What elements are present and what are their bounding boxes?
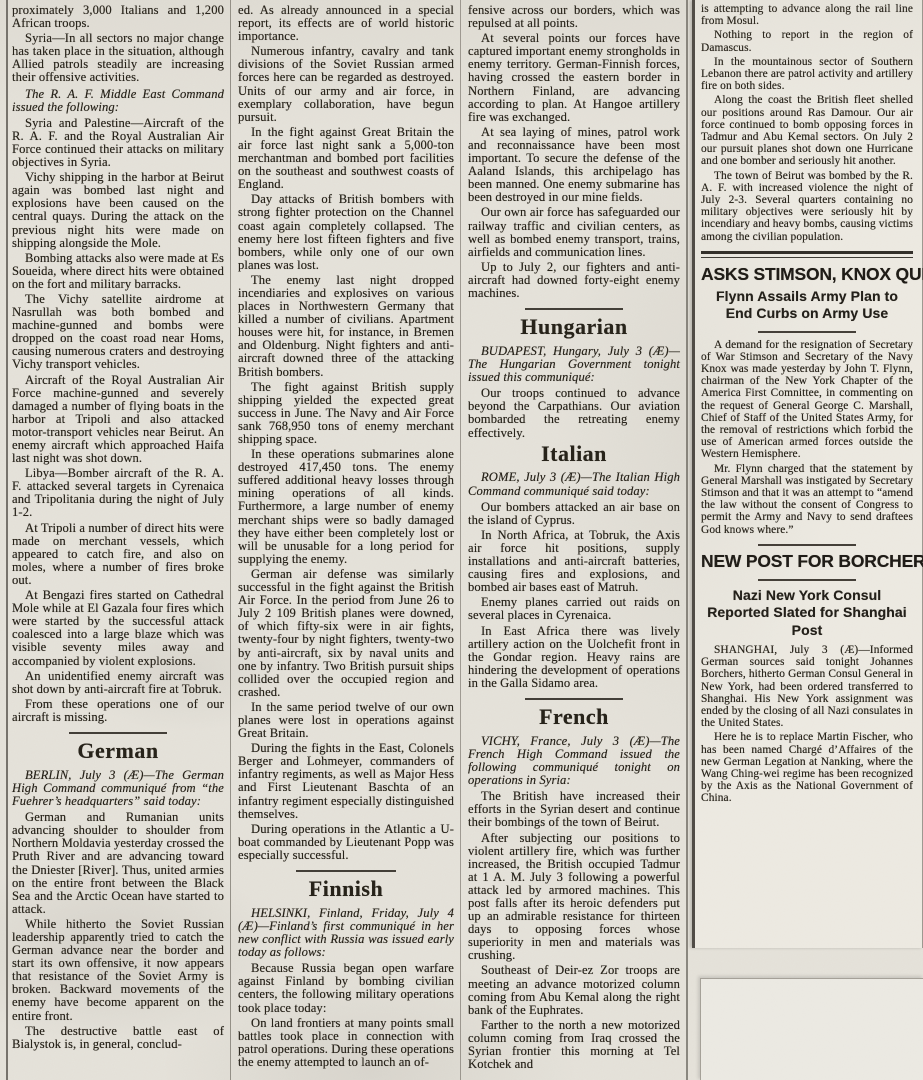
article-paragraph: Mr. Flynn charged that the statement by …: [701, 463, 913, 536]
separator-rule: [296, 870, 395, 872]
article-paragraph: fensive across our borders, which was re…: [468, 4, 680, 30]
article-paragraph: Nothing to report in the region of Damas…: [701, 29, 913, 53]
article-headline: ASKS STIMSON, KNOX QUIT: [701, 265, 913, 284]
article-paragraph: At Bengazi fires started on Cathedral Mo…: [12, 589, 224, 668]
newspaper-page: proximately 3,000 Italians and 1,200 Afr…: [0, 0, 923, 1080]
article-paragraph: In East Africa there was lively artiller…: [468, 625, 680, 690]
article-paragraph: German air defense was similarly success…: [238, 568, 454, 699]
article-paragraph: The Vichy satellite airdrome at Nasrulla…: [12, 293, 224, 372]
article-paragraph: Along the coast the British fleet shelle…: [701, 94, 913, 167]
article-paragraph: Libya—Bomber aircraft of the R. A. F. at…: [12, 467, 224, 519]
article-paragraph: During the fights in the East, Colonels …: [238, 742, 454, 821]
article-paragraph: During operations in the Atlantic a U-bo…: [238, 823, 454, 862]
section-header: Finnish: [238, 878, 454, 901]
article-paragraph: Aircraft of the Royal Australian Air For…: [12, 374, 224, 466]
article-subhead: Nazi New York Consul Reported Slated for…: [705, 587, 909, 640]
news-column-3: fensive across our borders, which was re…: [468, 4, 680, 1073]
article-paragraph: At Tripoli a number of direct hits were …: [12, 522, 224, 587]
article-paragraph: While hitherto the Soviet Russian leader…: [12, 918, 224, 1023]
article-paragraph: Vichy shipping in the harbor at Beirut a…: [12, 171, 224, 250]
article-paragraph: An unidentified enemy aircraft was shot …: [12, 670, 224, 696]
article-subhead: Flynn Assails Army Plan to End Curbs on …: [705, 288, 909, 323]
double-rule: [701, 251, 913, 258]
article-paragraph: Enemy planes carried out raids on severa…: [468, 596, 680, 622]
dateline-paragraph: ROME, July 3 (Æ)—The Italian High Comman…: [468, 471, 680, 497]
news-column-2: ed. As already announced in a special re…: [238, 4, 454, 1071]
article-paragraph: Numerous infantry, cavalry and tank divi…: [238, 45, 454, 124]
article-paragraph: In the same period twelve of our own pla…: [238, 701, 454, 740]
article-paragraph: Because Russia began open warfare agains…: [238, 962, 454, 1014]
dateline-paragraph: VICHY, France, July 3 (Æ)—The French Hig…: [468, 735, 680, 787]
article-headline: NEW POST FOR BORCHERS: [701, 552, 913, 571]
article-paragraph: At sea laying of mines, patrol work and …: [468, 126, 680, 205]
column-separator: [230, 0, 231, 1080]
article-paragraph: Our bombers attacked an air base on the …: [468, 501, 680, 527]
article-paragraph: Bombing attacks also were made at Es Sou…: [12, 252, 224, 291]
article-paragraph: In these operations submarines alone des…: [238, 448, 454, 566]
scan-edge-line: [6, 0, 8, 1080]
article-paragraph: Syria—In all sectors no major change has…: [12, 32, 224, 84]
section-header: Italian: [468, 443, 680, 466]
article-paragraph: Up to July 2, our fighters and anti-airc…: [468, 261, 680, 300]
article-paragraph: On land frontiers at many points small b…: [238, 1017, 454, 1069]
article-paragraph: After subjecting our positions to violen…: [468, 832, 680, 963]
article-paragraph: proximately 3,000 Italians and 1,200 Afr…: [12, 4, 224, 30]
article-paragraph: Syria and Palestine—Aircraft of the R. A…: [12, 117, 224, 169]
article-paragraph: Farther to the north a new motorized col…: [468, 1019, 680, 1071]
separator-rule: [758, 579, 856, 581]
article-paragraph: Southeast of Deir-ez Zor troops are meet…: [468, 964, 680, 1016]
article-paragraph: Here he is to replace Martin Fischer, wh…: [701, 731, 913, 804]
dateline-paragraph: The R. A. F. Middle East Command issued …: [12, 88, 224, 114]
article-paragraph: In the fight against Great Britain the a…: [238, 126, 454, 191]
article-paragraph: The fight against British supply shippin…: [238, 381, 454, 446]
article-paragraph: Day attacks of British bombers with stro…: [238, 193, 454, 272]
article-paragraph: is attempting to advance along the rail …: [701, 3, 913, 27]
dateline-paragraph: BERLIN, July 3 (Æ)—The German High Comma…: [12, 769, 224, 808]
article-paragraph: From these operations one of our aircraf…: [12, 698, 224, 724]
blank-clipping: [700, 978, 923, 1080]
article-paragraph: In North Africa, at Tobruk, the Axis air…: [468, 529, 680, 594]
article-paragraph: Our own air force has safeguarded our ra…: [468, 206, 680, 258]
news-column-1: proximately 3,000 Italians and 1,200 Afr…: [12, 4, 224, 1053]
dateline-paragraph: BUDAPEST, Hungary, July 3 (Æ)—The Hungar…: [468, 345, 680, 384]
article-paragraph: German and Rumanian units advancing shou…: [12, 811, 224, 916]
article-paragraph: The town of Beirut was bombed by the R. …: [701, 170, 913, 243]
article-paragraph: Our troops continued to advance beyond t…: [468, 387, 680, 439]
article-paragraph: At several points our forces have captur…: [468, 32, 680, 124]
section-header: German: [12, 740, 224, 763]
right-clipping: is attempting to advance along the rail …: [692, 0, 923, 948]
section-header: French: [468, 706, 680, 729]
article-paragraph: The British have increased their efforts…: [468, 790, 680, 829]
article-paragraph: The destructive battle east of Bialystok…: [12, 1025, 224, 1051]
article-paragraph: The enemy last night dropped incendiarie…: [238, 274, 454, 379]
separator-rule: [69, 732, 167, 734]
section-header: Hungarian: [468, 316, 680, 339]
separator-rule: [525, 308, 623, 310]
separator-rule: [525, 698, 623, 700]
article-paragraph: ed. As already announced in a special re…: [238, 4, 454, 43]
column-separator: [686, 0, 688, 1080]
news-column-4: is attempting to advance along the rail …: [701, 3, 913, 805]
separator-rule: [758, 544, 856, 546]
column-separator: [460, 0, 461, 1080]
article-paragraph: SHANGHAI, July 3 (Æ)—Informed German sou…: [701, 644, 913, 729]
dateline-paragraph: HELSINKI, Finland, Friday, July 4 (Æ)—Fi…: [238, 907, 454, 959]
separator-rule: [758, 331, 856, 333]
article-paragraph: A demand for the resignation of Secretar…: [701, 339, 913, 461]
article-paragraph: In the mountainous sector of Southern Le…: [701, 56, 913, 93]
